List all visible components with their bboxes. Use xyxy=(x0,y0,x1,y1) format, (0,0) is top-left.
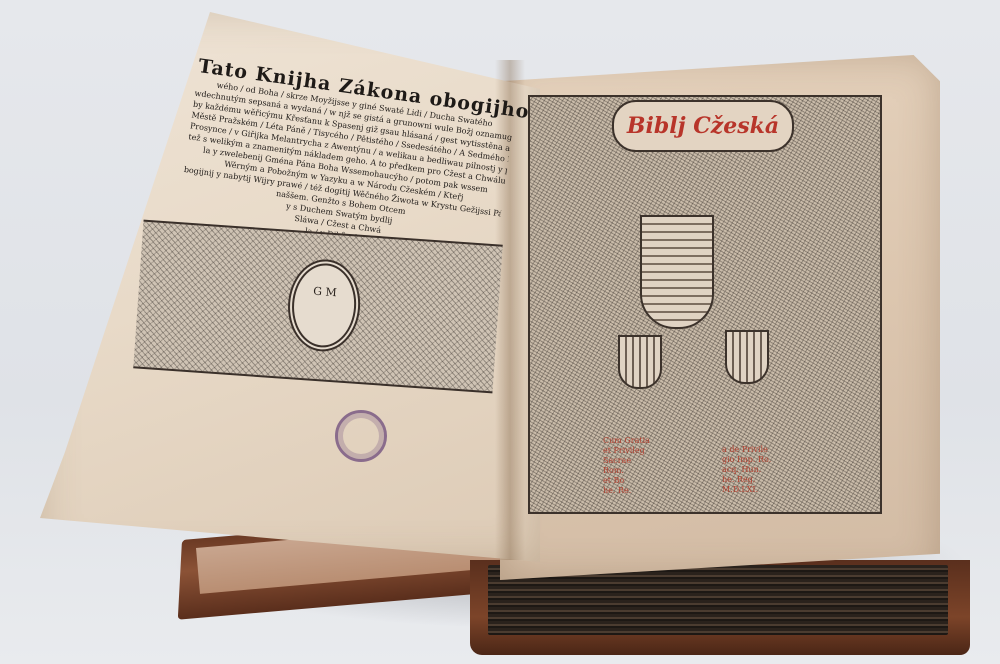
imprint-left: Cum Gratia et Privileg Sacrae Rom. et Bo… xyxy=(603,436,653,496)
imprint-line: gio Imp. Ro. xyxy=(722,455,782,465)
imprint-line: he. Reg. xyxy=(722,475,782,485)
imprint-line: Cum Gratia xyxy=(603,436,653,446)
title-cartouche: Biblj Cžeská xyxy=(612,100,794,152)
central-coat-of-arms xyxy=(640,215,714,329)
imprint-line: Sacrae Rom. xyxy=(603,456,653,476)
imprint-line: he. Re. xyxy=(603,486,653,496)
imprint-line: et Privileg xyxy=(603,446,653,456)
coat-of-arms-right xyxy=(725,330,769,384)
imprint-line: a de Privile xyxy=(722,445,782,455)
library-stamp xyxy=(335,410,387,462)
book-photo: Tato Knijha Zákona obogijho / Starecho y… xyxy=(0,0,1000,664)
monogram-medallion: G M xyxy=(285,257,363,354)
imprint-line: acq. Hun. xyxy=(722,465,782,475)
right-page-title: Biblj Cžeská xyxy=(627,113,779,139)
medallion-initials: G M xyxy=(295,283,356,300)
imprint-right: a de Privile gio Imp. Ro. acq. Hun. he. … xyxy=(722,445,782,495)
coat-of-arms-left xyxy=(618,335,662,389)
imprint-line: et Bo xyxy=(603,476,653,486)
woodcut-band: G M xyxy=(133,220,503,394)
imprint-line: M.D.LXI. xyxy=(722,485,782,495)
